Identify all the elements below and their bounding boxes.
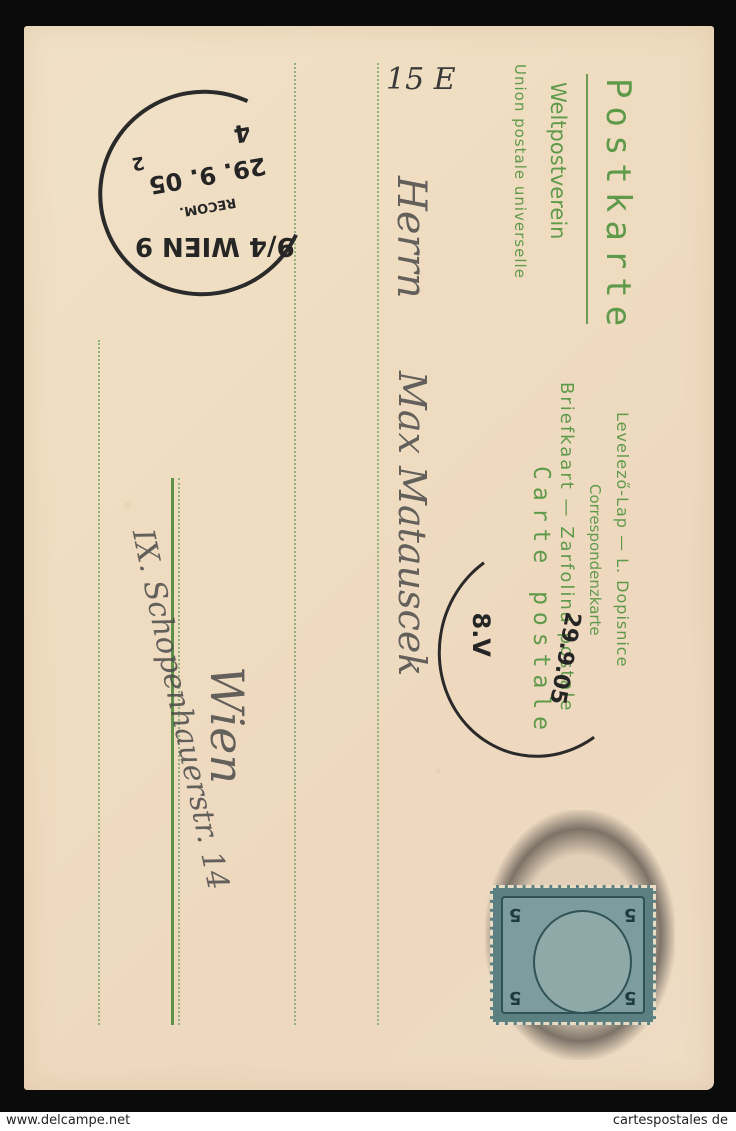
address-name: Max Matauscek bbox=[390, 371, 434, 676]
address-line-4 bbox=[98, 340, 100, 1025]
union-postale-label: Union postale universelle bbox=[511, 64, 529, 279]
departure-postmark: 9/4 WIEN 9 RECOM. 29. 9. 05 4 2 bbox=[69, 60, 337, 325]
postmark-number: 2 bbox=[130, 151, 146, 174]
arrival-time: 8.V bbox=[467, 612, 495, 656]
postage-stamp: 5 5 5 5 bbox=[490, 885, 656, 1025]
postcard-back: Postkarte Weltpostverein Union postale u… bbox=[24, 26, 714, 1090]
stamp-value-tl: 5 bbox=[509, 904, 522, 925]
postkarte-title: Postkarte bbox=[598, 78, 638, 334]
postmark-city: 9/4 WIEN 9 bbox=[135, 231, 295, 261]
title-rule bbox=[586, 74, 588, 324]
stamp-value-tr: 5 bbox=[624, 904, 637, 925]
address-salutation: Herrn bbox=[388, 176, 434, 299]
weltpostverein-label: Weltpostverein bbox=[546, 82, 570, 239]
stamp-frame: 5 5 5 5 bbox=[501, 896, 645, 1014]
watermark-footer: www.delcampe.net cartespostales de bbox=[0, 1112, 736, 1131]
stamp-coat-of-arms-icon bbox=[533, 910, 632, 1014]
postmark-hour: 4 bbox=[232, 118, 253, 148]
address-line-1 bbox=[377, 63, 379, 1025]
stamp-value-bl: 5 bbox=[509, 987, 522, 1008]
arrival-date: 29.9.05 bbox=[544, 610, 585, 706]
stamp-value-br: 5 bbox=[624, 987, 637, 1008]
pencil-note: 15 E bbox=[386, 62, 456, 97]
postmark-date: 29. 9. 05 bbox=[147, 151, 269, 199]
footer-left-link[interactable]: www.delcampe.net bbox=[6, 1113, 130, 1128]
postmark-type: RECOM. bbox=[178, 194, 237, 219]
footer-right-text: cartespostales de bbox=[613, 1113, 728, 1128]
